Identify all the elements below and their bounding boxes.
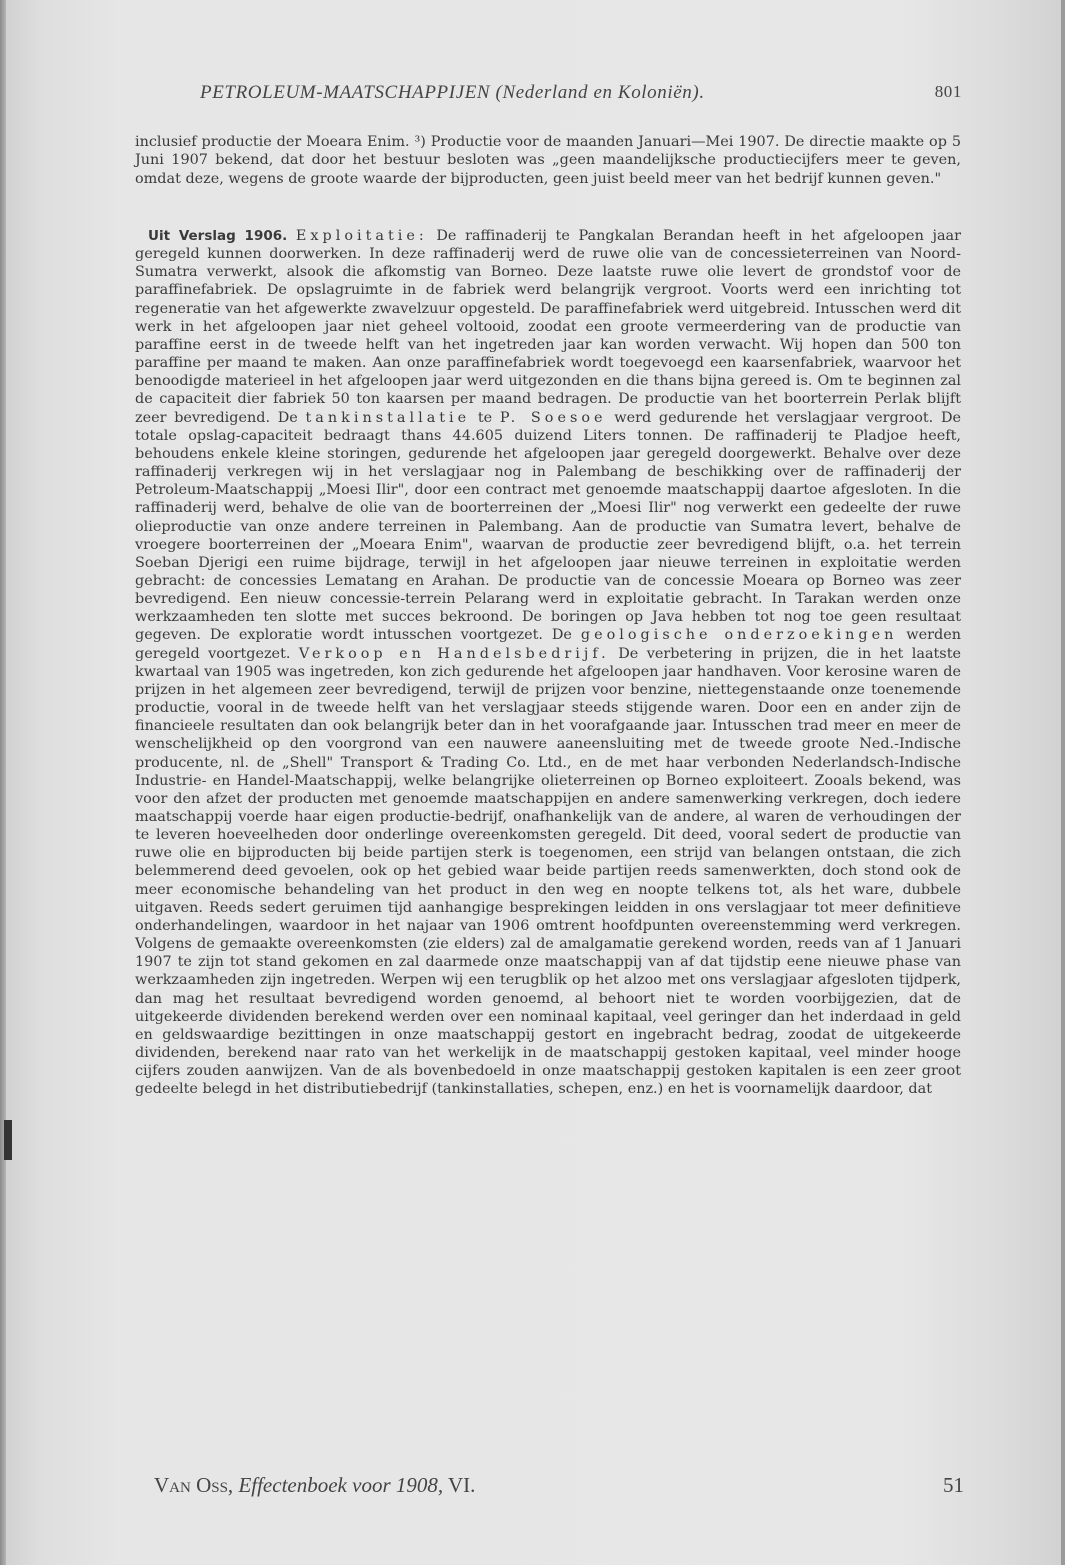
- subheading-verkoop: Verkoop en Handelsbedrijf.: [299, 646, 610, 662]
- subheading-p-soesoe: P. Soesoe: [500, 410, 607, 426]
- paragraph-text: De verbetering in prijzen, die in het la…: [135, 646, 961, 1098]
- subheading-geologische: geologische onderzoekingen: [581, 627, 898, 643]
- binding-mark: [4, 1120, 12, 1160]
- page-footer: Van Oss, Effectenboek voor 1908, VI. 51: [154, 1473, 964, 1498]
- page-edge-right: [1061, 0, 1065, 1565]
- subheading-exploitatie: Exploitatie:: [296, 228, 428, 244]
- running-title: PETROLEUM-MAATSCHAPPIJEN (Nederland en K…: [200, 82, 705, 103]
- section-heading: Uit Verslag 1906.: [148, 228, 287, 244]
- footer-sheet-number: 51: [943, 1473, 964, 1498]
- report-paragraph: Uit Verslag 1906. Exploitatie: De raffin…: [135, 227, 961, 1099]
- report-section: Uit Verslag 1906. Exploitatie: De raffin…: [135, 227, 961, 1099]
- footer-volume: VI.: [448, 1473, 475, 1497]
- paragraph-text: te: [470, 410, 500, 426]
- subheading-tankinstallatie: tankinstallatie: [306, 410, 471, 426]
- paragraph-text: werd gedurende het verslagjaar vergroot.…: [135, 410, 961, 644]
- page-number: 801: [935, 82, 962, 102]
- footer-book-title: Effectenboek voor 1908,: [238, 1473, 443, 1497]
- paragraph-text: De raffinaderij te Pangkalan Berandan he…: [135, 228, 961, 426]
- footnote: inclusief productie der Moeara Enim. ³) …: [135, 133, 961, 188]
- footer-author: Van Oss,: [154, 1473, 233, 1497]
- running-head: PETROLEUM-MAATSCHAPPIJEN (Nederland en K…: [200, 82, 962, 104]
- page-edge-left: [0, 0, 6, 1565]
